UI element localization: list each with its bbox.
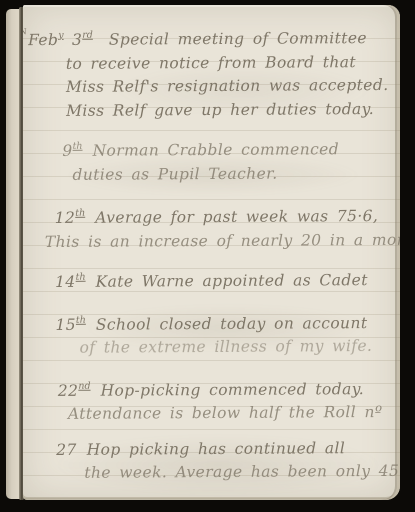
entry-text: Hop-picking commenced today. — [100, 380, 364, 400]
entry-line: 14thKate Warne appointed as Cadet — [55, 264, 394, 295]
logbook-page: NFeby 3rdSpecial meeting of Committeeto … — [23, 5, 400, 500]
entry-date: 15th — [55, 315, 86, 333]
entries: NFeby 3rdSpecial meeting of Committeeto … — [26, 18, 396, 498]
logbook-photo: NFeby 3rdSpecial meeting of Committeeto … — [0, 0, 415, 512]
logbook-entry: NFeby 3rdSpecial meeting of Committeeto … — [66, 18, 394, 123]
entry-line: 27Hop picking has continued all — [56, 436, 395, 462]
logbook-entry: 12thAverage for past week was 75·6,This … — [55, 200, 394, 254]
entry-date: 12th — [55, 209, 86, 227]
logbook-entry: 14thKate Warne appointed as Cadet — [55, 264, 394, 295]
entry-line: Attendance is below half the Roll nº — [68, 401, 395, 426]
entry-date: 27 — [56, 440, 77, 458]
logbook-entry: 15thSchool closed today on accountof the… — [55, 306, 394, 360]
logbook-entry: 9thNorman Crabble commencedduties as Pup… — [62, 133, 393, 187]
previous-page-edge — [6, 9, 20, 499]
entry-line: of the extreme illness of my wife. — [79, 335, 394, 360]
entry-line: Miss Relf's resignation was accepted. — [66, 74, 393, 99]
entry-text: Average for past week was 75·6, — [95, 207, 378, 227]
entry-line: NFeby 3rdSpecial meeting of Committee — [66, 18, 393, 52]
stray-mark: N — [23, 27, 27, 36]
entry-date: 14th — [55, 273, 86, 291]
entry-text: Kate Warne appointed as Cadet — [96, 271, 368, 291]
logbook-entry: 27Hop picking has continued allthe week.… — [56, 436, 395, 485]
entry-line: the week. Average has been only 45·5 — [84, 460, 395, 485]
entry-text: School closed today on account — [96, 314, 368, 334]
entry-line: 22ndHop-picking commenced today. — [58, 372, 395, 403]
entry-line: 15thSchool closed today on account — [55, 306, 394, 337]
entry-line: 12thAverage for past week was 75·6, — [55, 200, 394, 231]
entry-text: Hop picking has continued all — [87, 439, 346, 459]
entry-date: 22nd — [58, 381, 91, 399]
entry-date: NFeby 3rd — [23, 31, 93, 49]
entry-line: This is an increase of nearly 20 in a mo… — [45, 228, 394, 254]
entry-line: duties as Pupil Teacher. — [72, 161, 393, 186]
entry-text: Special meeting of Committee — [109, 29, 367, 49]
entry-line: to receive notice from Board that — [66, 50, 393, 75]
entry-date: 9th — [62, 142, 82, 160]
entry-line: 9thNorman Crabble commenced — [62, 133, 393, 164]
entry-text: Norman Crabble commenced — [92, 140, 339, 160]
logbook-entry: 22ndHop-picking commenced today.Attendan… — [58, 372, 395, 426]
entry-line: Miss Relf gave up her duties today. — [66, 97, 393, 122]
